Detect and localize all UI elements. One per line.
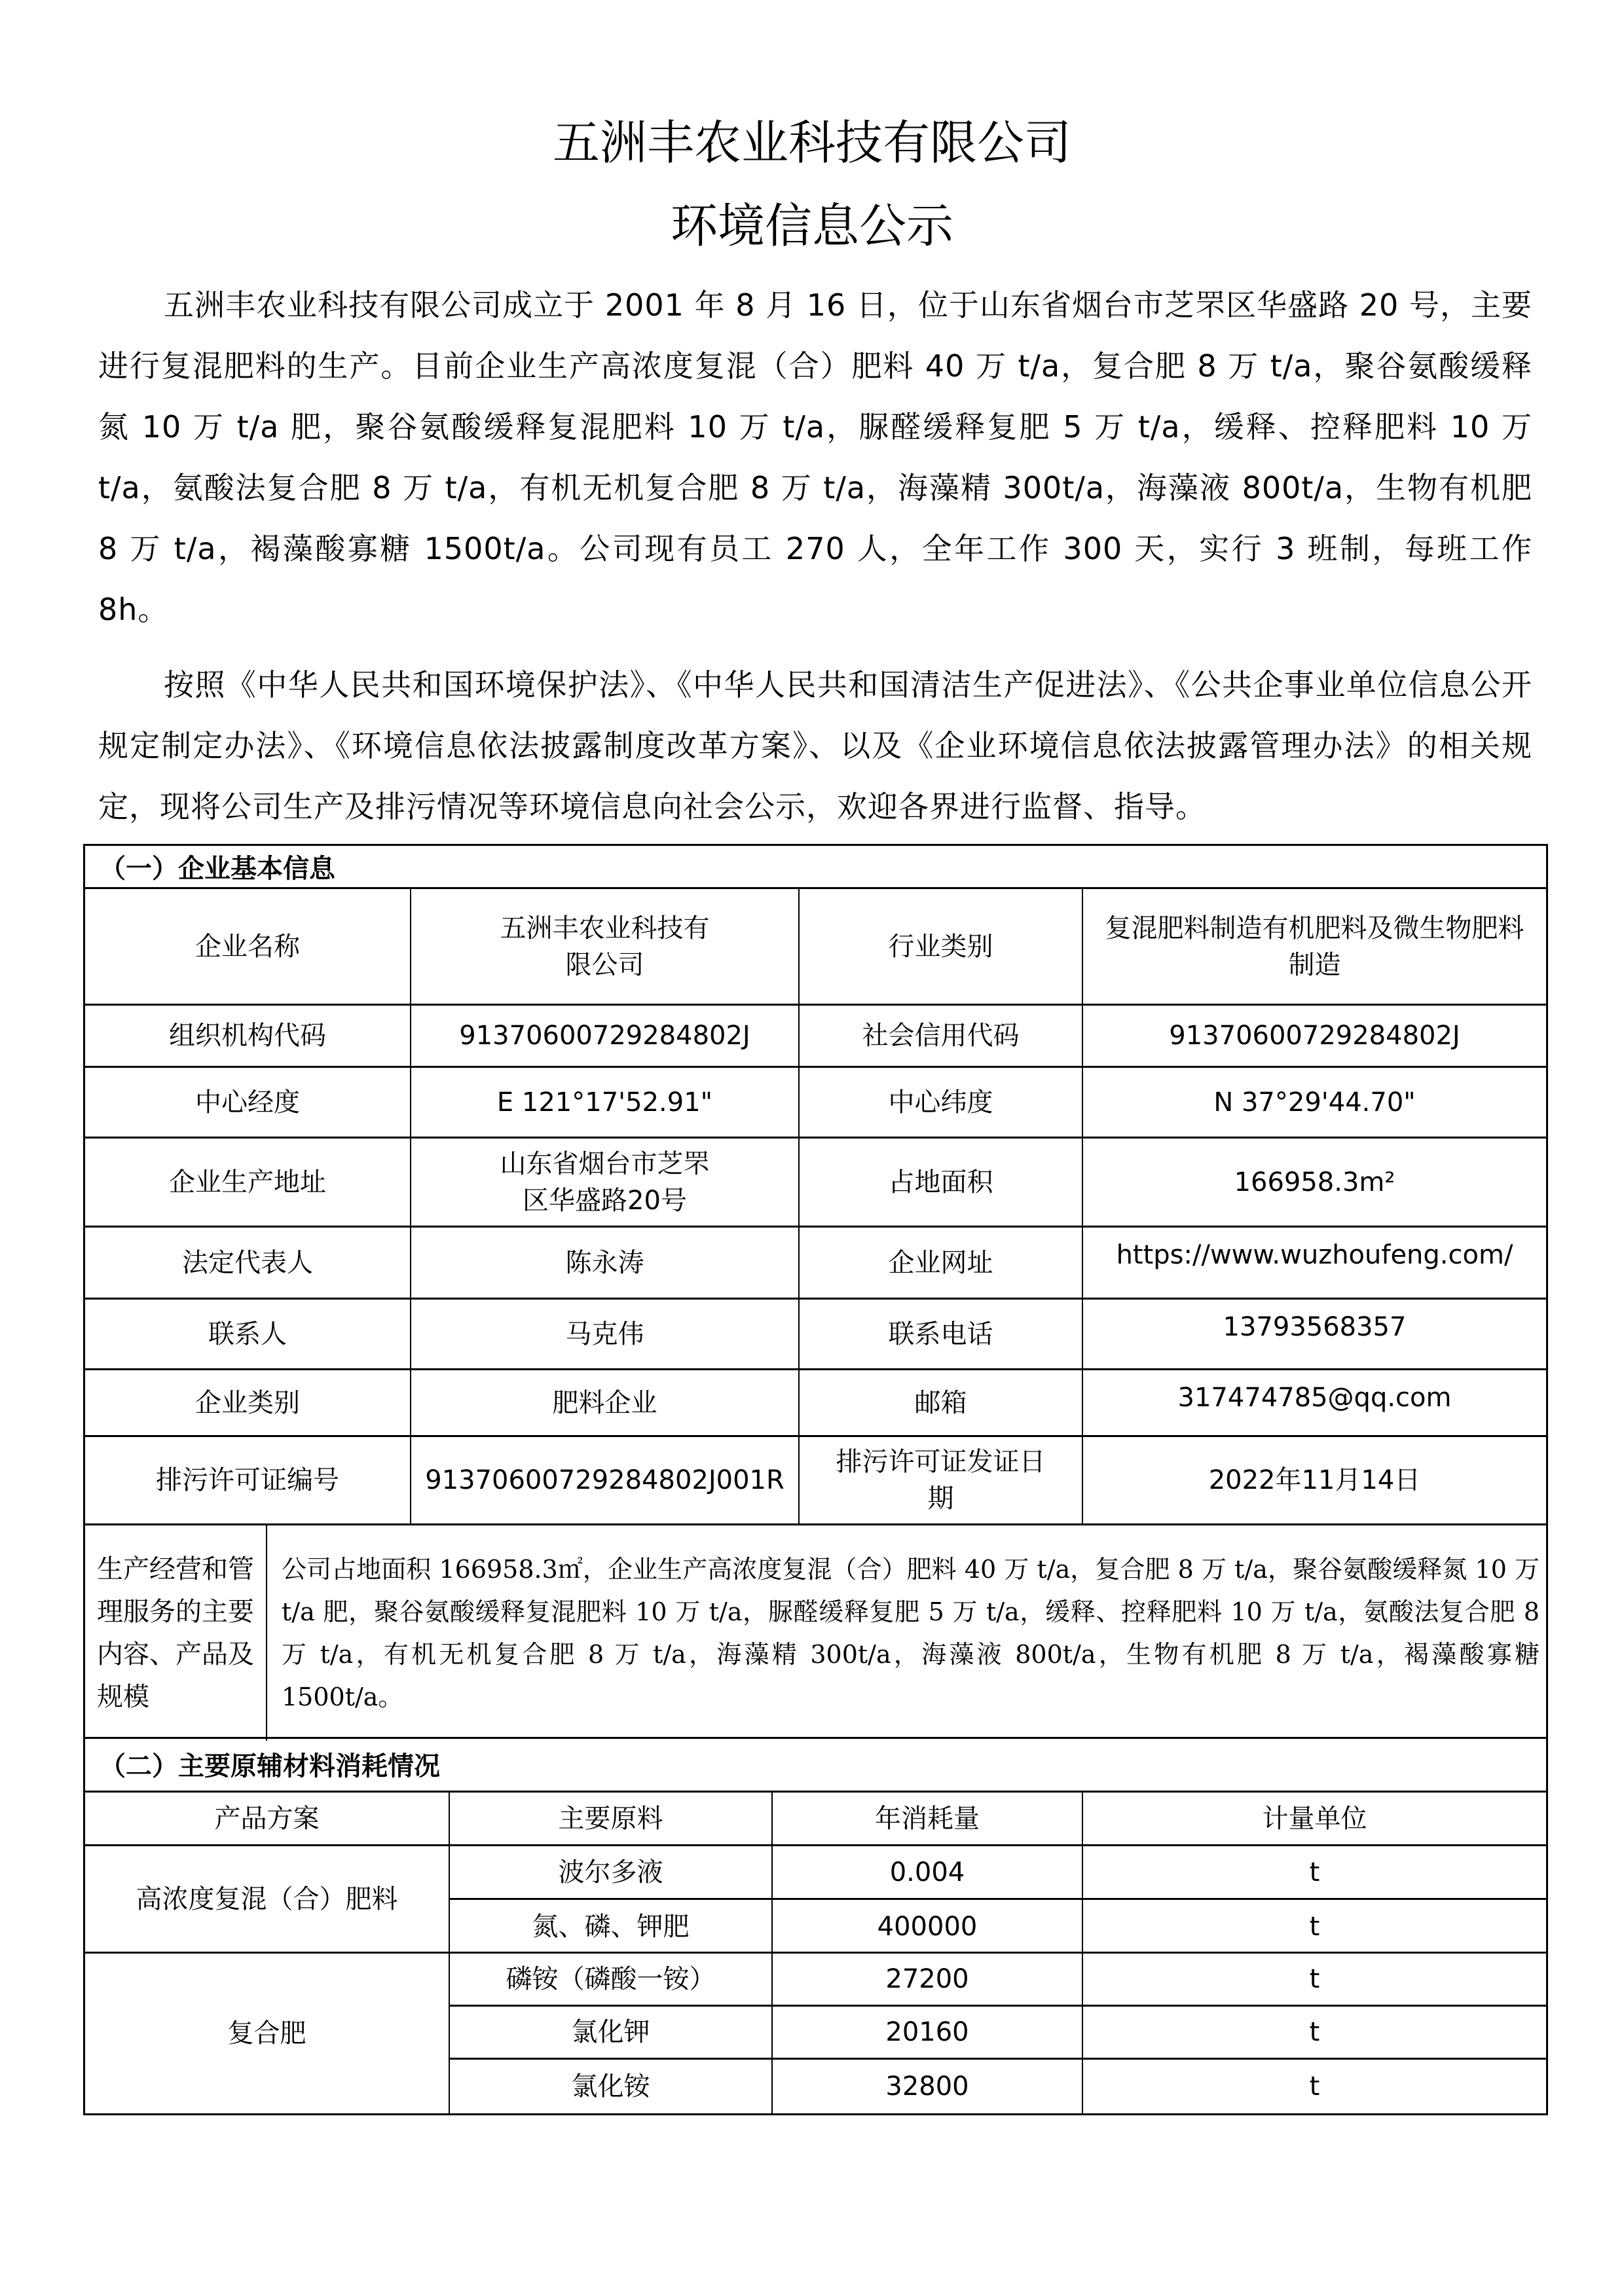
label-website: 企业网址	[800, 1228, 1083, 1298]
value-org-code: 91370600729284802J	[411, 1006, 800, 1066]
value-business-scope: 公司占地面积 166958.3㎡，企业生产高浓度复混（合）肥料 40 万 t/a…	[267, 1525, 1546, 1741]
table-row: 企业生产地址 山东省烟台市芝罘区华盛路20号 占地面积 166958.3m²	[85, 1139, 1546, 1228]
label-phone: 联系电话	[800, 1300, 1083, 1368]
value-contact: 马克伟	[411, 1300, 800, 1368]
table-group: 复合肥 磷铵（磷酸一铵） 27200 t 氯化钾 20160 t 氯化铵 328…	[85, 1954, 1546, 2113]
materials-table: （二）主要原辅材料消耗情况 产品方案 主要原料 年消耗量 计量单位 高浓度复混（…	[83, 1737, 1548, 2115]
unit-cell: t	[1083, 1900, 1546, 1954]
label-area: 占地面积	[800, 1139, 1083, 1226]
table-row: 法定代表人 陈永涛 企业网址 https://www.wuzhoufeng.co…	[85, 1228, 1546, 1300]
table-row: 企业名称 五洲丰农业科技有限公司 行业类别 复混肥料制造有机肥料及微生物肥料制造	[85, 889, 1546, 1006]
section-header-row: （一）企业基本信息	[85, 846, 1546, 889]
value-latitude: N 37°29'44.70"	[1083, 1068, 1546, 1137]
table-row: 联系人 马克伟 联系电话 13793568357	[85, 1300, 1546, 1370]
label-company-type: 企业类别	[85, 1370, 411, 1435]
material-cell: 磷铵（磷酸一铵）	[450, 1954, 773, 2005]
basic-info-table: （一）企业基本信息 企业名称 五洲丰农业科技有限公司 行业类别 复混肥料制造有机…	[83, 844, 1548, 1739]
intro-paragraph-regulations: 按照《中华人民共和国环境保护法》、《中华人民共和国清洁生产促进法》、《公共企事业…	[98, 655, 1532, 837]
value-company-type: 肥料企业	[411, 1370, 800, 1435]
section-header-row: （二）主要原辅材料消耗情况	[85, 1737, 1546, 1793]
table-row: 排污许可证编号 91370600729284802J001R 排污许可证发证日期…	[85, 1437, 1546, 1525]
unit-cell: t	[1083, 2007, 1546, 2058]
column-header-material: 主要原料	[450, 1793, 773, 1844]
table-row: 组织机构代码 91370600729284802J 社会信用代码 9137060…	[85, 1006, 1546, 1068]
label-industry: 行业类别	[800, 889, 1083, 1004]
intro-paragraph-company: 五洲丰农业科技有限公司成立于 2001 年 8 月 16 日，位于山东省烟台市芝…	[98, 275, 1532, 640]
value-credit-code: 91370600729284802J	[1083, 1006, 1546, 1066]
company-title: 五洲丰农业科技有限公司	[0, 117, 1624, 169]
product-cell: 复合肥	[85, 1954, 450, 2113]
amount-cell: 27200	[773, 1954, 1083, 2005]
value-phone: 13793568357	[1083, 1300, 1546, 1368]
product-cell: 高浓度复混（合）肥料	[85, 1846, 450, 1952]
value-website[interactable]: https://www.wuzhoufeng.com/	[1083, 1228, 1546, 1298]
label-latitude: 中心纬度	[800, 1068, 1083, 1137]
value-industry: 复混肥料制造有机肥料及微生物肥料制造	[1083, 889, 1546, 1004]
value-email[interactable]: 317474785@qq.com	[1083, 1370, 1546, 1435]
value-area: 166958.3m²	[1083, 1139, 1546, 1226]
value-permit-date: 2022年11月14日	[1083, 1437, 1546, 1523]
column-header-product: 产品方案	[85, 1793, 450, 1844]
amount-cell: 32800	[773, 2060, 1083, 2113]
material-cell: 波尔多液	[450, 1846, 773, 1898]
page-title: 环境信息公示	[0, 200, 1624, 252]
table-row: 中心经度 E 121°17'52.91" 中心纬度 N 37°29'44.70"	[85, 1068, 1546, 1139]
label-company-name: 企业名称	[85, 889, 411, 1004]
amount-cell: 400000	[773, 1900, 1083, 1954]
table-row: 波尔多液 0.004 t	[450, 1846, 1546, 1900]
value-address: 山东省烟台市芝罘区华盛路20号	[411, 1139, 800, 1226]
unit-cell: t	[1083, 1954, 1546, 2005]
value-longitude: E 121°17'52.91"	[411, 1068, 800, 1137]
table-row: 磷铵（磷酸一铵） 27200 t	[450, 1954, 1546, 2007]
unit-cell: t	[1083, 2060, 1546, 2113]
label-email: 邮箱	[800, 1370, 1083, 1435]
label-credit-code: 社会信用代码	[800, 1006, 1083, 1066]
table-group: 高浓度复混（合）肥料 波尔多液 0.004 t 氮、磷、钾肥 400000 t	[85, 1846, 1546, 1954]
value-legal-rep: 陈永涛	[411, 1228, 800, 1298]
table-header-row: 产品方案 主要原料 年消耗量 计量单位	[85, 1793, 1546, 1846]
table-row: 氯化钾 20160 t	[450, 2007, 1546, 2060]
label-contact: 联系人	[85, 1300, 411, 1368]
unit-cell: t	[1083, 1846, 1546, 1898]
label-address: 企业生产地址	[85, 1139, 411, 1226]
table-row: 氯化铵 32800 t	[450, 2060, 1546, 2113]
column-header-amount: 年消耗量	[773, 1793, 1083, 1844]
label-business-scope: 生产经营和管理服务的主要内容、产品及规模	[85, 1525, 267, 1741]
material-cell: 氮、磷、钾肥	[450, 1900, 773, 1954]
section-title-basic-info: （一）企业基本信息	[100, 846, 335, 887]
value-permit-number: 91370600729284802J001R	[411, 1437, 800, 1523]
value-company-name: 五洲丰农业科技有限公司	[411, 889, 800, 1004]
label-org-code: 组织机构代码	[85, 1006, 411, 1066]
amount-cell: 0.004	[773, 1846, 1083, 1898]
table-row: 氮、磷、钾肥 400000 t	[450, 1900, 1546, 1954]
material-cell: 氯化铵	[450, 2060, 773, 2113]
label-permit-date: 排污许可证发证日期	[800, 1437, 1083, 1523]
amount-cell: 20160	[773, 2007, 1083, 2058]
column-header-unit: 计量单位	[1083, 1793, 1546, 1844]
label-permit-number: 排污许可证编号	[85, 1437, 411, 1523]
table-row: 企业类别 肥料企业 邮箱 317474785@qq.com	[85, 1370, 1546, 1437]
section-title-materials: （二）主要原辅材料消耗情况	[100, 1737, 440, 1791]
label-longitude: 中心经度	[85, 1068, 411, 1137]
label-legal-rep: 法定代表人	[85, 1228, 411, 1298]
description-row: 生产经营和管理服务的主要内容、产品及规模 公司占地面积 166958.3㎡，企业…	[85, 1525, 1546, 1741]
material-cell: 氯化钾	[450, 2007, 773, 2058]
